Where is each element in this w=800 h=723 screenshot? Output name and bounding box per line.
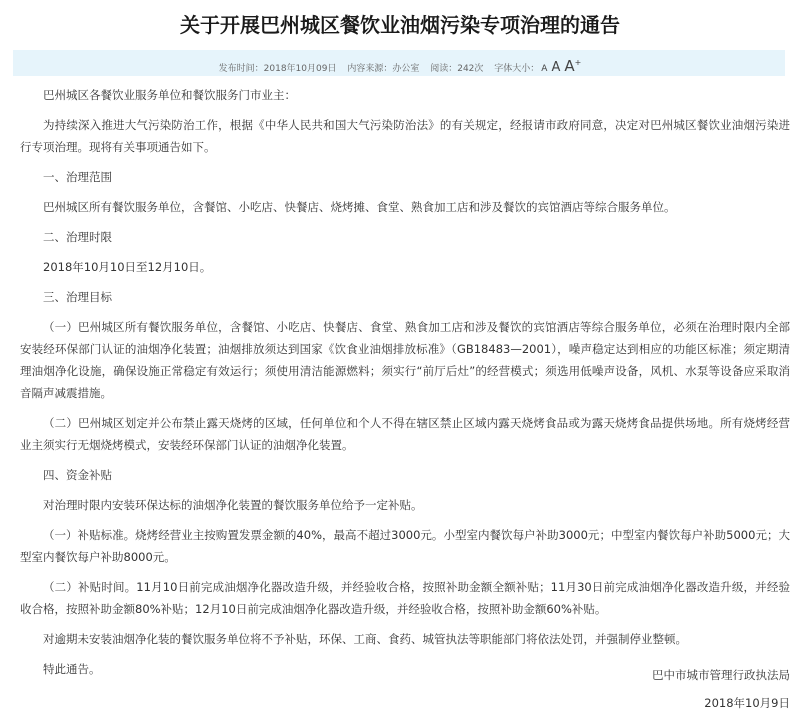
read-count: 阅读：242次 — [430, 64, 483, 74]
goals-item-1: （一）巴州城区所有餐饮服务单位，含餐馆、小吃店、快餐店、食堂、熟食加工店和涉及餐… — [20, 316, 790, 404]
font-size-medium-button[interactable]: A — [551, 60, 560, 75]
period-paragraph: 2018年10月10日至12月10日。 — [20, 256, 790, 278]
issuer-signature: 巴中市城市管理行政执法局 — [652, 664, 790, 686]
subsidy-item-1: （一）补贴标准。烧烤经营业主按购置发票金额的40%，最高不超过3000元。小型室… — [20, 524, 790, 568]
issue-date: 2018年10月9日 — [704, 692, 790, 714]
penalty-paragraph: 对逾期未安装油烟净化装的餐饮服务单位将不予补贴，环保、工商、食药、城管执法等职能… — [20, 628, 790, 650]
subsidy-item-2: （二）补贴时间。11月10日前完成油烟净化器改造升级，并经验收合格，按照补助金额… — [20, 576, 790, 620]
section-heading-period: 二、治理时限 — [20, 226, 790, 248]
subsidy-intro: 对治理时限内安装环保达标的油烟净化装置的餐饮服务单位给予一定补贴。 — [20, 494, 790, 516]
content-source: 内容来源：办公室 — [347, 64, 419, 74]
article-body: 巴州城区各餐饮业服务单位和餐饮服务门市业主： 为持续深入推进大气污染防治工作，根… — [20, 84, 790, 688]
page-title: 关于开展巴州城区餐饮业油烟污染专项治理的通告 — [0, 10, 800, 40]
intro-paragraph: 为持续深入推进大气污染防治工作，根据《中华人民共和国大气污染防治法》的有关规定，… — [20, 114, 790, 158]
salutation: 巴州城区各餐饮业服务单位和餐饮服务门市业主： — [20, 84, 790, 106]
font-size-large-button[interactable]: A+ — [564, 57, 581, 75]
scope-paragraph: 巴州城区所有餐饮服务单位，含餐馆、小吃店、快餐店、烧烤摊、食堂、熟食加工店和涉及… — [20, 196, 790, 218]
section-heading-subsidy: 四、资金补贴 — [20, 464, 790, 486]
font-size-label: 字体大小： — [494, 64, 539, 74]
section-heading-scope: 一、治理范围 — [20, 166, 790, 188]
goals-item-2: （二）巴州城区划定并公布禁止露天烧烤的区域，任何单位和个人不得在辖区禁止区域内露… — [20, 412, 790, 456]
font-size-large-label: A — [564, 57, 574, 75]
plus-icon: + — [575, 58, 582, 67]
article-meta-bar: 发布时间：2018年10月09日 内容来源：办公室 阅读：242次 字体大小：A… — [13, 50, 785, 76]
font-size-small-button[interactable]: A — [541, 64, 547, 74]
section-heading-goals: 三、治理目标 — [20, 286, 790, 308]
publish-time: 发布时间：2018年10月09日 — [219, 64, 337, 74]
